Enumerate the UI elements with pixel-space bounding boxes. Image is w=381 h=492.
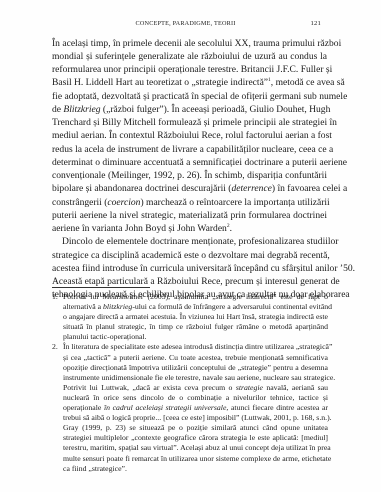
text-line: Basil H. Liddell Hart au teoretizat o „s…	[52, 76, 327, 89]
italic-term: în cadrul aceleiași strategii universale	[104, 403, 226, 412]
running-header: CONCEPTE, PARADIGME, TEORII 121	[52, 20, 327, 30]
running-title: CONCEPTE, PARADIGME, TEORII	[52, 20, 327, 27]
footnote-line: ca fiind „strategice”.	[63, 464, 328, 474]
footnote-divider	[52, 287, 150, 288]
italic-term: strategie	[236, 383, 263, 392]
text-line: Dincolo de elementele doctrinare mențion…	[52, 235, 327, 248]
text-line: de Blitzkrieg („război fulger”). În acee…	[52, 103, 327, 116]
text-line: Trenchard și Billy Mitchell formulează ș…	[52, 116, 327, 129]
footnote-line: Gray (1999, p. 23) se situează pe o pozi…	[63, 423, 328, 433]
footnote-line: Potrivit lui Luttwak, „dacă ar exista ce…	[63, 383, 328, 393]
text-line: aeriene în varianta John Boyd și John Wa…	[52, 222, 327, 235]
footnote-line: situată în planul strategic, în timp ce …	[63, 322, 328, 332]
text-line: acestea fiind introduse în curricula uni…	[52, 262, 327, 275]
text-line: constrângerii (coercion) marchează o reî…	[52, 196, 327, 209]
page-number: 121	[311, 20, 322, 27]
footnote-2: 2. În literatura de specialitate este ad…	[52, 342, 328, 473]
text-line: fie adoptată, dezvoltată și practicată î…	[52, 90, 327, 103]
italic-term: coercion	[107, 197, 140, 208]
italic-term: blitzkrieg	[103, 302, 132, 311]
text-line: mondial și suferințele generalizate ale …	[52, 50, 327, 63]
footnote-number: 1.	[52, 292, 58, 302]
footnote-line: operaționale în cadrul aceleiași strateg…	[63, 403, 328, 413]
footnote-line: și cea „tactică” a puterii aeriene. Cu t…	[63, 353, 328, 363]
footnote-line: nucleară în orice sens dincolo de o comb…	[63, 393, 328, 403]
footnote-ref-2[interactable]: 2	[227, 223, 230, 229]
text-line: mediul aerian. În contextul Războiului R…	[52, 129, 327, 142]
footnote-line: opoziție direcționată împotriva utilizăr…	[63, 363, 328, 373]
text-line: reformularea unor principii operaționale…	[52, 63, 327, 76]
italic-term: Blitzkrieg	[63, 104, 100, 115]
footnote-line: terestru, maritim, spațial sau virtual”.…	[63, 443, 328, 453]
italic-term: deterrence	[231, 183, 271, 194]
text-line: convenționale (Meilinger, 1992, p. 26). …	[52, 169, 327, 182]
footnote-number: 2.	[52, 342, 58, 352]
footnote-line: multe sensuri poate fi remarcat în utili…	[63, 454, 328, 464]
footnote-line: Potrivit lui Mearsheimer (2003), așa-num…	[63, 292, 328, 302]
text-line: bipolare și abandonarea doctrinei descur…	[52, 182, 327, 195]
footnote-line: instrumente unidimensionale fie ele tere…	[63, 373, 328, 383]
footnote-line: o angajare directă a armatei acestuia. Î…	[63, 312, 328, 322]
footnote-1: 1. Potrivit lui Mearsheimer (2003), așa-…	[52, 292, 328, 342]
footnote-line: trebui să aibă o logică proprie... [ceea…	[63, 413, 328, 423]
text-line: redus la acela de instrument de livrare …	[52, 143, 327, 156]
text-line: strategice ca disciplină academică este …	[52, 249, 327, 262]
footnotes: 1. Potrivit lui Mearsheimer (2003), așa-…	[52, 292, 328, 474]
footnote-line: strategiei multiplelor „contexte geograf…	[63, 433, 328, 443]
book-page: CONCEPTE, PARADIGME, TEORII 121 În acela…	[0, 0, 381, 492]
main-text: În același timp, în primele decenii ale …	[52, 37, 327, 302]
text-line: determinat o diminuare accentuată a semn…	[52, 156, 327, 169]
footnote-line: alternativă a blitzkrieg-ului ca formulă…	[63, 302, 328, 312]
text-line: puterii aeriene la nivel strategic, mate…	[52, 209, 327, 222]
footnote-line: În literatura de specialitate este adese…	[63, 342, 328, 352]
footnote-line: planului tactic-operațional.	[63, 332, 328, 342]
text-line: În același timp, în primele decenii ale …	[52, 37, 327, 50]
